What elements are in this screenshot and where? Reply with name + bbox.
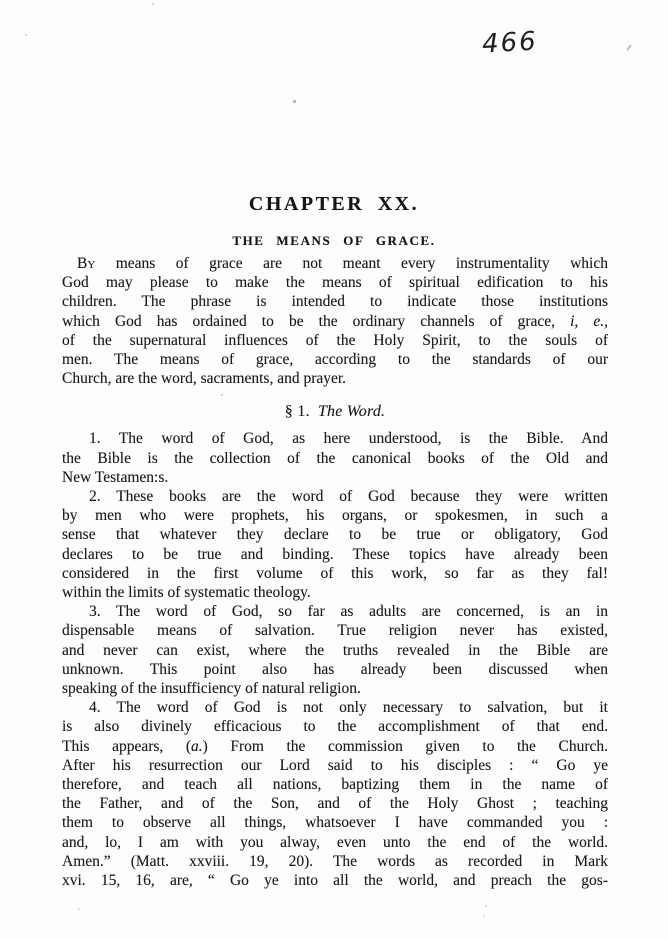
text-segment: which God has ordained to be the ordinar… [62,313,570,330]
text-segment: means of grace are not meant every instr… [95,255,608,272]
text-line: unknown. This point also has already bee… [62,660,608,679]
text-line: them to observe all things, whatsoever I… [62,813,608,832]
text-segment: unknown. This point also has already bee… [62,661,608,678]
text-line: within the limits of systematic theology… [62,583,608,602]
chapter-subtitle: THE MEANS OF GRACE. [0,233,668,249]
text-line: 2. These books are the word of God becau… [62,487,608,506]
text-line: the Father, and of the Son, and of the H… [62,794,608,813]
text-segment: the Bible is the collection of the canon… [62,450,608,467]
text-line: 4. The word of God is not only necessary… [62,698,608,717]
text-segment: 1. The word of God, as here understood, … [89,430,608,447]
scan-speck [293,100,296,103]
text-segment: ) From the commission given to the Churc… [203,738,608,755]
book-page: 466 CHAPTER XX. THE MEANS OF GRACE. By m… [0,0,668,939]
text-segment: 2. These books are the word of God becau… [89,488,608,505]
page-body: By means of grace are not meant every in… [62,254,608,890]
text-segment: speaking of the insufficiency of natural… [62,680,361,697]
text-line: which God has ordained to be the ordinar… [62,312,608,331]
text-line: After his resurrection our Lord said to … [62,756,608,775]
text-segment: God may please to make the means of spir… [62,274,608,291]
text-line: New Testamen:s. [62,468,608,487]
text-line: men. The means of grace, according to th… [62,350,608,369]
text-segment: § 1. [285,403,310,420]
text-line: Amen.” (Matt. xxviii. 19, 20). The words… [62,852,608,871]
text-segment: By [77,255,95,272]
text-line: and, lo, I am with you alway, even unto … [62,833,608,852]
scan-speck [483,915,485,917]
text-segment: This appears, ( [62,738,191,755]
text-line: Church, are the word, sacraments, and pr… [62,369,608,388]
text-line: 3. The word of God, so far as adults are… [62,602,608,621]
text-line: God may please to make the means of spir… [62,273,608,292]
scan-speck [485,905,487,907]
text-line: speaking of the insufficiency of natural… [62,679,608,698]
text-segment: 4. The word of God is not only necessary… [89,699,608,716]
text-line: the Bible is the collection of the canon… [62,449,608,468]
text-line: is also divinely efficacious to the acco… [62,717,608,736]
scan-speck [78,908,80,910]
text-segment: and never can exist, where the truths re… [62,642,608,659]
text-segment: the Father, and of the Son, and of the H… [62,795,608,812]
scan-speck [25,34,27,36]
text-segment: within the limits of systematic theology… [62,584,311,601]
text-segment: New Testamen:s. [62,469,168,486]
text-segment: The Word. [318,403,385,420]
paragraph: 3. The word of God, so far as adults are… [62,602,608,698]
paragraph: 1. The word of God, as here understood, … [62,429,608,487]
text-segment: After his resurrection our Lord said to … [62,757,608,774]
text-segment: considered in the first volume of this w… [62,565,608,582]
text-segment: is also divinely efficacious to the acco… [62,718,608,735]
text-line: considered in the first volume of this w… [62,564,608,583]
section-heading: § 1.The Word. [62,401,608,423]
text-segment: and, lo, I am with you alway, even unto … [62,834,608,851]
text-segment: children. The phrase is intended to indi… [62,293,608,310]
text-segment: sense that whatever they declare to be t… [62,526,608,543]
text-segment: by men who were prophets, his organs, or… [62,507,608,524]
text-segment: Amen.” (Matt. xxviii. 19, 20). The words… [62,853,608,870]
text-segment: a. [191,738,203,755]
text-segment: i, e., [570,313,608,330]
text-segment: Church, are the word, sacraments, and pr… [62,370,346,387]
handwritten-page-number: 466 [481,27,538,60]
text-line: This appears, (a.) From the commission g… [62,737,608,756]
text-line: of the supernatural influences of the Ho… [62,331,608,350]
text-line: 1. The word of God, as here understood, … [62,429,608,448]
text-segment: xvi. 15, 16, are, “ Go ye into all the w… [62,872,608,889]
text-segment: men. The means of grace, according to th… [62,351,608,368]
text-line: By means of grace are not meant every in… [62,254,608,273]
paragraph: By means of grace are not meant every in… [62,254,608,388]
text-segment: them to observe all things, whatsoever I… [62,814,608,831]
text-segment: dispensable means of salvation. True rel… [62,622,608,639]
text-segment: declares to be true and binding. These t… [62,546,608,563]
text-line: therefore, and teach all nations, baptiz… [62,775,608,794]
pen-mark [626,44,631,50]
text-segment: of the supernatural influences of the Ho… [62,332,608,349]
text-line: xvi. 15, 16, are, “ Go ye into all the w… [62,871,608,890]
text-line: and never can exist, where the truths re… [62,641,608,660]
paragraph: 2. These books are the word of God becau… [62,487,608,602]
chapter-heading: CHAPTER XX. [0,193,668,216]
text-line: by men who were prophets, his organs, or… [62,506,608,525]
text-line: declares to be true and binding. These t… [62,545,608,564]
text-line: children. The phrase is intended to indi… [62,292,608,311]
scan-speck [152,3,154,5]
paragraph: 4. The word of God is not only necessary… [62,698,608,890]
text-segment: 3. The word of God, so far as adults are… [89,603,608,620]
text-segment: therefore, and teach all nations, baptiz… [62,776,608,793]
text-line: sense that whatever they declare to be t… [62,525,608,544]
text-line: dispensable means of salvation. True rel… [62,621,608,640]
